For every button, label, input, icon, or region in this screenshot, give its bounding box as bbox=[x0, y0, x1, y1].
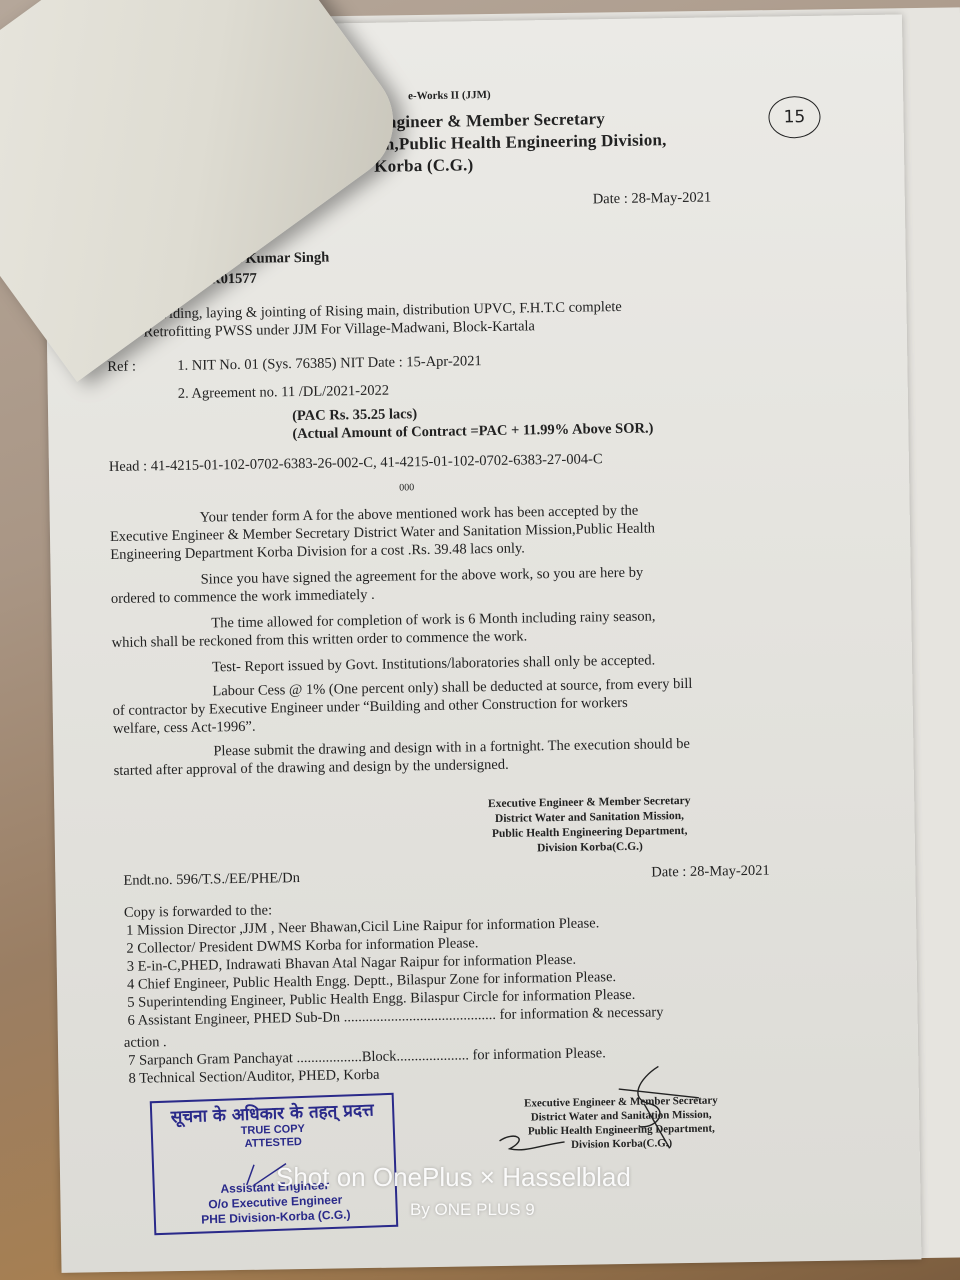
ref-label: Ref : bbox=[107, 359, 136, 376]
copy-list-item: action . bbox=[124, 1034, 167, 1052]
separator: 000 bbox=[399, 482, 414, 493]
pac-amount: (PAC Rs. 35.25 lacs) bbox=[292, 406, 417, 425]
memo-date: Date : 28-May-2021 bbox=[593, 190, 712, 209]
copy-header: Copy is forwarded to the: bbox=[124, 902, 272, 921]
head-account: Head : 41-4215-01-102-0702-6383-26-002-C… bbox=[109, 451, 603, 476]
paragraph-line: Since you have signed the agreement for … bbox=[201, 565, 644, 589]
handwritten-page-number: 15 bbox=[768, 96, 821, 139]
paragraph-line: Test- Report issued by Govt. Institution… bbox=[212, 652, 655, 676]
paragraph-line: which shall be reckoned from this writte… bbox=[112, 628, 528, 652]
paragraph-line: The time allowed for completion of work … bbox=[211, 608, 655, 632]
header-line3: Korba (C.G.) bbox=[374, 155, 474, 177]
handwritten-signature-icon bbox=[598, 1058, 720, 1170]
paragraph-line: ordered to commence the work immediately… bbox=[111, 587, 375, 608]
endorsement-number: Endt.no. 596/T.S./EE/PHE/Dn bbox=[123, 870, 300, 890]
handwritten-initial-icon bbox=[489, 1130, 569, 1161]
camera-watermark: Shot on OnePlus × Hasselblad bbox=[276, 1162, 631, 1193]
paragraph-line: of contractor by Executive Engineer unde… bbox=[113, 695, 628, 720]
header-system: e-Works II (JJM) bbox=[408, 89, 491, 102]
signature-block-1: Executive Engineer & Member Secretary Di… bbox=[459, 793, 720, 857]
paragraph-line: welfare, cess Act-1996”. bbox=[113, 719, 256, 738]
paragraph-line: started after approval of the drawing an… bbox=[114, 757, 509, 780]
endorsement-date: Date : 28-May-2021 bbox=[651, 863, 770, 882]
ref-item: 1. NIT No. 01 (Sys. 76385) NIT Date : 15… bbox=[177, 353, 482, 375]
ref-item: 2. Agreement no. 11 /DL/2021-2022 bbox=[178, 383, 390, 403]
copy-list-item: 8 Technical Section/Auditor, PHED, Korba bbox=[128, 1067, 379, 1088]
camera-watermark-model: By ONE PLUS 9 bbox=[410, 1200, 535, 1220]
